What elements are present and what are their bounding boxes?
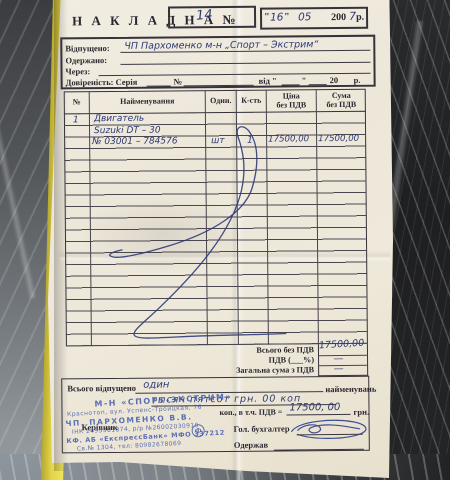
date-quote-close: " [284,11,290,22]
item-no: 1 [73,115,79,125]
total-net-label: Всього без ПДВ [204,345,314,355]
item-name-1: Двигатель [94,114,144,124]
date-month-handwritten: 05 [298,11,311,23]
photo-of-invoice: Н А К Л А Д Н А № 14 " 16 " 05 200 7 р. … [0,0,450,480]
proxy-day-blank [282,84,300,85]
item-sum: 17500,00 [318,134,359,144]
date-day-handwritten: 16 [270,11,283,23]
issued-label: Всього відпущено [67,383,136,394]
proxy-from-label: від " [259,76,277,86]
proxy-year-suffix: р. [354,75,361,85]
invoice-number-handwritten: 14 [195,8,213,24]
col-header-price: Ціна без ПДВ [267,91,316,110]
item-name-3: № 03001 – 784576 [92,136,178,147]
proxy-month-blank [309,84,327,85]
gross-dash: — [334,363,343,373]
proxy-label: Довіреність: Серія [66,77,138,88]
vat-dash: — [334,353,343,363]
proxy-series-blank [147,85,171,86]
item-qty: 1 [247,136,253,146]
col-header-qty: К-сть [237,96,266,105]
proxy-year-label: 20 [330,75,339,85]
to-label: Одержано: [65,55,107,65]
uah-label: грн. [353,407,369,417]
col-header-sum: Сума без ПДВ [317,91,366,110]
item-name-2: Suzuki DT – 30 [94,125,161,136]
col-header-unit: Один. [206,96,236,105]
item-price: 17500,00 [268,134,309,144]
vat-amount-handwritten: 17500, 00 [289,402,340,413]
via-label: Через: [65,66,90,76]
proxy-quote2: " [302,75,307,85]
issued-suffix: найменувань [325,384,376,394]
company-stamp: М-Н «СПОРТ-ЭКСТРИМ» Краснотоп, вул. Успе… [62,387,280,459]
stamp-emblem-icon: Ф [192,424,205,437]
item-unit: шт [211,136,225,146]
from-label: Відпущено: [65,43,109,53]
date-year-printed: 200 [331,12,346,23]
date-year-suffix: р. [356,12,364,23]
invoice-content: Н А К Л А Д Н А № 14 " 16 " 05 200 7 р. … [0,0,450,480]
vat-label: ПДВ (___%) [204,355,314,365]
total-gross-label: Загальна сума з ПДВ [204,365,314,375]
from-value-handwritten: ЧП Пархоменко м-н „Спорт – Экстрим“ [124,39,318,52]
col-header-no: № [65,97,89,106]
date-quote-open: " [264,12,270,23]
col-header-name: Найменування [90,96,205,106]
issued-value-handwritten: один [143,379,169,390]
proxy-no-label: № [174,76,183,86]
